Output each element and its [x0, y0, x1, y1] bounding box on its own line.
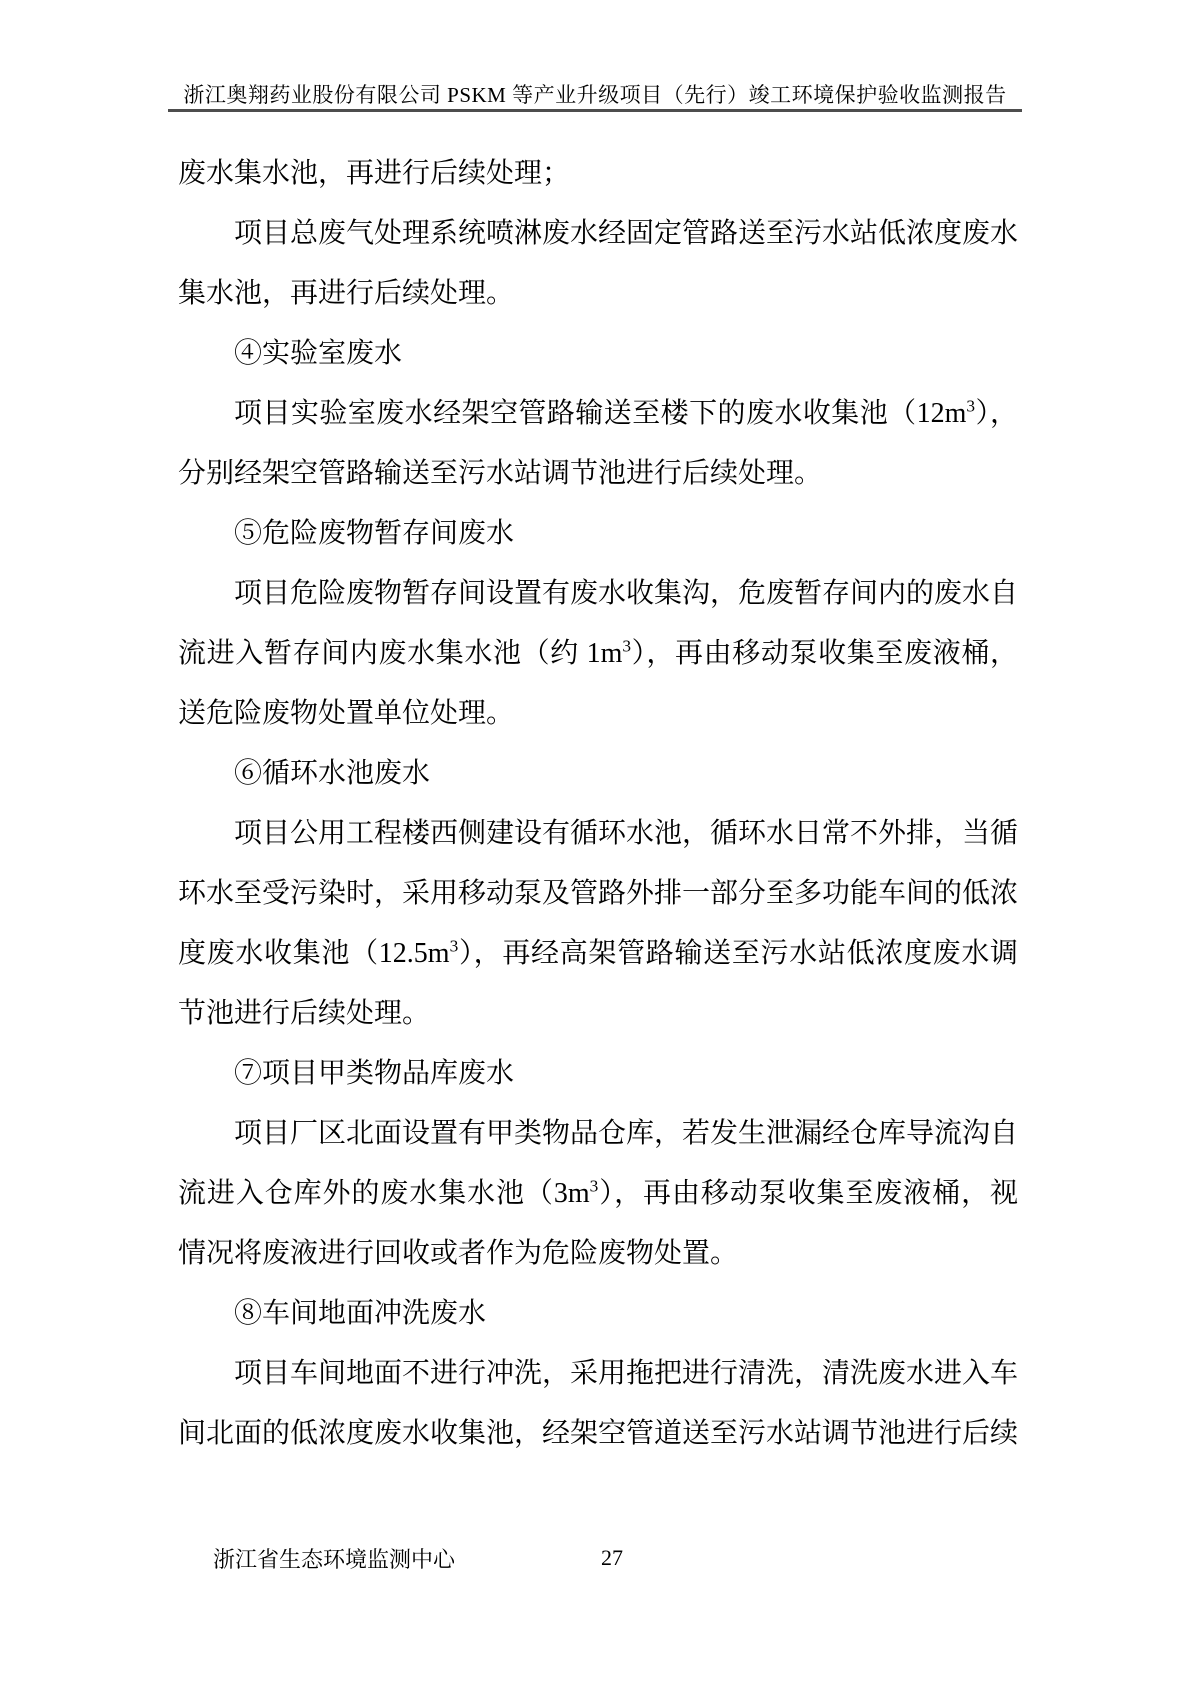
paragraph: 项目厂区北面设置有甲类物品仓库，若发生泄漏经仓库导流沟自流进入仓库外的废水集水池… — [178, 1104, 1018, 1284]
paragraph: ⑦项目甲类物品库废水 — [178, 1044, 1018, 1104]
paragraph: 项目公用工程楼西侧建设有循环水池，循环水日常不外排，当循环水至受污染时，采用移动… — [178, 804, 1018, 1044]
paragraph: 项目实验室废水经架空管路输送至楼下的废水收集池（12m3），分别经架空管路输送至… — [178, 384, 1018, 504]
paragraph: ⑧车间地面冲洗废水 — [178, 1284, 1018, 1344]
paragraph: 项目车间地面不进行冲洗，采用拖把进行清洗，清洗废水进入车间北面的低浓度废水收集池… — [178, 1344, 1018, 1464]
superscript: 3 — [450, 937, 459, 956]
superscript: 3 — [622, 637, 631, 656]
paragraph: ⑤危险废物暂存间废水 — [178, 504, 1018, 564]
superscript: 3 — [966, 397, 975, 416]
document-page: 浙江奥翔药业股份有限公司 PSKM 等产业升级项目（先行）竣工环境保护验收监测报… — [0, 0, 1190, 1683]
paragraph: 项目危险废物暂存间设置有废水收集沟，危废暂存间内的废水自流进入暂存间内废水集水池… — [178, 564, 1018, 744]
paragraph: 废水集水池，再进行后续处理； — [178, 144, 1018, 204]
footer-organization: 浙江省生态环境监测中心 — [213, 1543, 455, 1574]
header-title: 浙江奥翔药业股份有限公司 PSKM 等产业升级项目（先行）竣工环境保护验收监测报… — [0, 79, 1190, 109]
body-paragraphs: 废水集水池，再进行后续处理；项目总废气处理系统喷淋废水经固定管路送至污水站低浓度… — [178, 144, 1018, 1464]
paragraph: ④实验室废水 — [178, 324, 1018, 384]
header-rule — [168, 109, 1022, 112]
footer-page-number: 27 — [601, 1545, 623, 1571]
paragraph: ⑥循环水池废水 — [178, 744, 1018, 804]
paragraph: 项目总废气处理系统喷淋废水经固定管路送至污水站低浓度废水集水池，再进行后续处理。 — [178, 204, 1018, 324]
